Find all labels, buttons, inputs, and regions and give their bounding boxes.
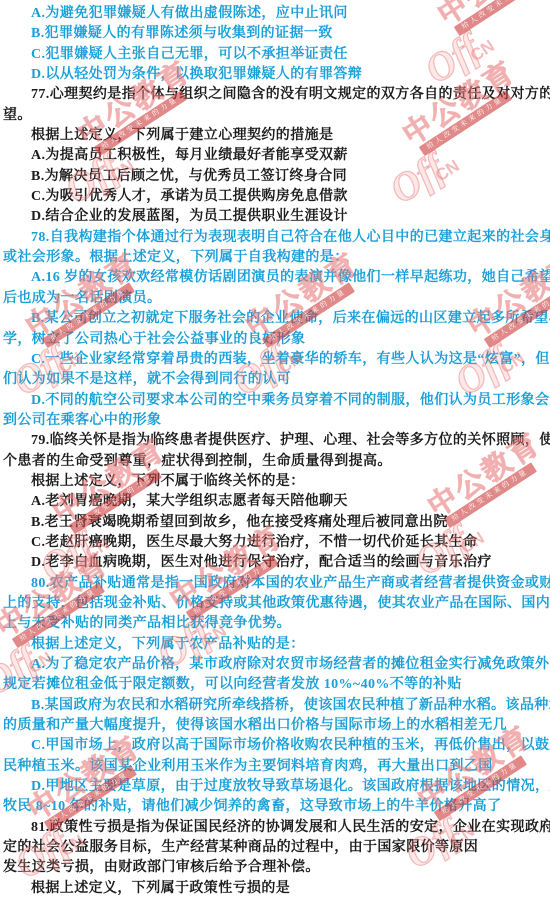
text-line: A.为避免犯罪嫌疑人有做出虚假陈述，应中止讯问: [3, 4, 550, 24]
text-line: 根据上述定义，下列不属于临终关怀的是：: [3, 472, 550, 492]
text-line: 到公司在乘客心中的形象: [3, 411, 550, 431]
text-line: B.某公司创立之初就定下服务社会的企业使命，后来在偏远的山区建立起多所希望小: [3, 309, 550, 329]
text-line: C.老赵肝癌晚期，医生尽最大努力进行治疗，不惜一切代价延长其生命: [3, 533, 550, 553]
text-line: B.为解决员工后顾之忧，与优秀员工签订终身合同: [3, 167, 550, 187]
text-line: 根据上述定义，下列属于建立心理契约的措施是: [3, 126, 550, 146]
text-line: 望。: [3, 106, 550, 126]
text-line: 根据上述定义，下列属于农产品补贴的是：: [3, 635, 550, 655]
text-line: B.某国政府为农民和水稻研究所牵线搭桥，使该国农民种植了新品种水稻。该品种水稻: [3, 696, 550, 716]
text-line: 81.政策性亏损是指为保证国民经济的协调发展和人民生活的安定，企业在实现政府规: [3, 818, 550, 838]
text-line: D.老李白血病晚期，医生对他进行保守治疗，配合适当的绘画与音乐治疗: [3, 553, 550, 573]
text-line: C.犯罪嫌疑人主张自己无罪，可以不承担举证责任: [3, 45, 550, 65]
text-line: 的质量和产量大幅度提升，使得该国水稻出口价格与国际市场上的水稻相差无几: [3, 716, 550, 736]
text-line: 牧民 8~10 年的补贴，请他们减少饲养的禽畜，这导致市场上的牛羊价格升高了: [3, 797, 550, 817]
text-line: B.犯罪嫌疑人的有罪陈述须与收集到的证据一致: [3, 24, 550, 44]
text-line: 们认为如果不是这样，就不会得到同行的认可: [3, 370, 550, 390]
exam-page: { "page": { "width": 550, "height": 910,…: [0, 0, 550, 910]
document-body: A.为避免犯罪嫌疑人有做出虚假陈述，应中止讯问B.犯罪嫌疑人的有罪陈述须与收集到…: [3, 4, 550, 899]
text-line: 后也成为一名话剧演员。: [3, 289, 550, 309]
text-line: C.一些企业家经常穿着昂贵的西装，坐着豪华的轿车，有些人认为这是“炫富”，但他: [3, 350, 550, 370]
text-line: 77.心理契约是指个体与组织之间隐含的没有明文规定的双方各自的责任及对对方的期: [3, 85, 550, 105]
text-line: A.16 岁的女孩欢欢经常模仿话剧团演员的表演并像他们一样早起练功，她自己希望以: [3, 268, 550, 288]
text-line: C.为吸引优秀人才，承诺为员工提供购房免息借款: [3, 187, 550, 207]
text-line: 根据上述定义，下列属于政策性亏损的是: [3, 879, 550, 899]
text-line: A.为了稳定农产品价格，某市政府除对农贸市场经营者的摊位租金实行减免政策外，还: [3, 655, 550, 675]
text-line: A.老刘胃癌晚期，某大学组织志愿者每天陪他聊天: [3, 492, 550, 512]
text-line: 定的社会公益服务目标，生产经营某种商品的过程中，由于国家限价等原因: [3, 838, 550, 858]
text-line: D.不同的航空公司要求本公司的空中乘务员穿着不同的制服，他们认为员工形象会影响: [3, 391, 550, 411]
text-line: 学，树立了公司热心于社会公益事业的良好形象: [3, 330, 550, 350]
document-page: A.为避免犯罪嫌疑人有做出虚假陈述，应中止讯问B.犯罪嫌疑人的有罪陈述须与收集到…: [0, 0, 550, 910]
text-line: 80.农产品补贴通常是指一国政府对本国的农业产品生产商或者经营者提供资金或财政: [3, 574, 550, 594]
text-line: D.结合企业的发展蓝图，为员工提供职业生涯设计: [3, 207, 550, 227]
text-line: B.老王肾衰竭晚期希望回到故乡，他在接受疼痛处理后被同意出院: [3, 513, 550, 533]
text-line: 发生这类亏损，由财政部门审核后给予合理补偿。: [3, 858, 550, 878]
text-line: 79.临终关怀是指为临终患者提供医疗、护理、心理、社会等多方位的关怀照顾，使每: [3, 431, 550, 451]
text-line: A.为提高员工积极性，每月业绩最好者能享受双薪: [3, 146, 550, 166]
text-line: 上的支持，包括现金补贴、价格支持或其他政策优惠待遇，使其农业产品在国际、国内市场: [3, 594, 550, 614]
text-line: D.以从轻处罚为条件，以换取犯罪嫌疑人的有罪答辩: [3, 65, 550, 85]
text-line: 民种植玉米。该国某企业利用玉米作为主要饲料培育肉鸡，再大量出口到乙国: [3, 757, 550, 777]
text-line: D.甲地区主要是草原，由于过度放牧导致草场退化。该国政府根据该地区的情况，发放: [3, 777, 550, 797]
text-line: 规定若摊位租金低于限定额数，可以向经营者发放 10%~40%不等的补贴: [3, 675, 550, 695]
text-line: 或社会形象。根据上述定义，下列属于自我构建的是：: [3, 248, 550, 268]
text-line: 上与未受补贴的同类产品相比获得竞争优势。: [3, 614, 550, 634]
text-line: 个患者的生命受到尊重，症状得到控制，生命质量得到提高。: [3, 452, 550, 472]
text-line: C.甲国市场上，政府以高于国际市场价格收购农民种植的玉米，再低价售出，以鼓励农: [3, 736, 550, 756]
text-line: 78.自我构建指个体通过行为表现表明自己符合在他人心目中的已建立起来的社会身份: [3, 228, 550, 248]
